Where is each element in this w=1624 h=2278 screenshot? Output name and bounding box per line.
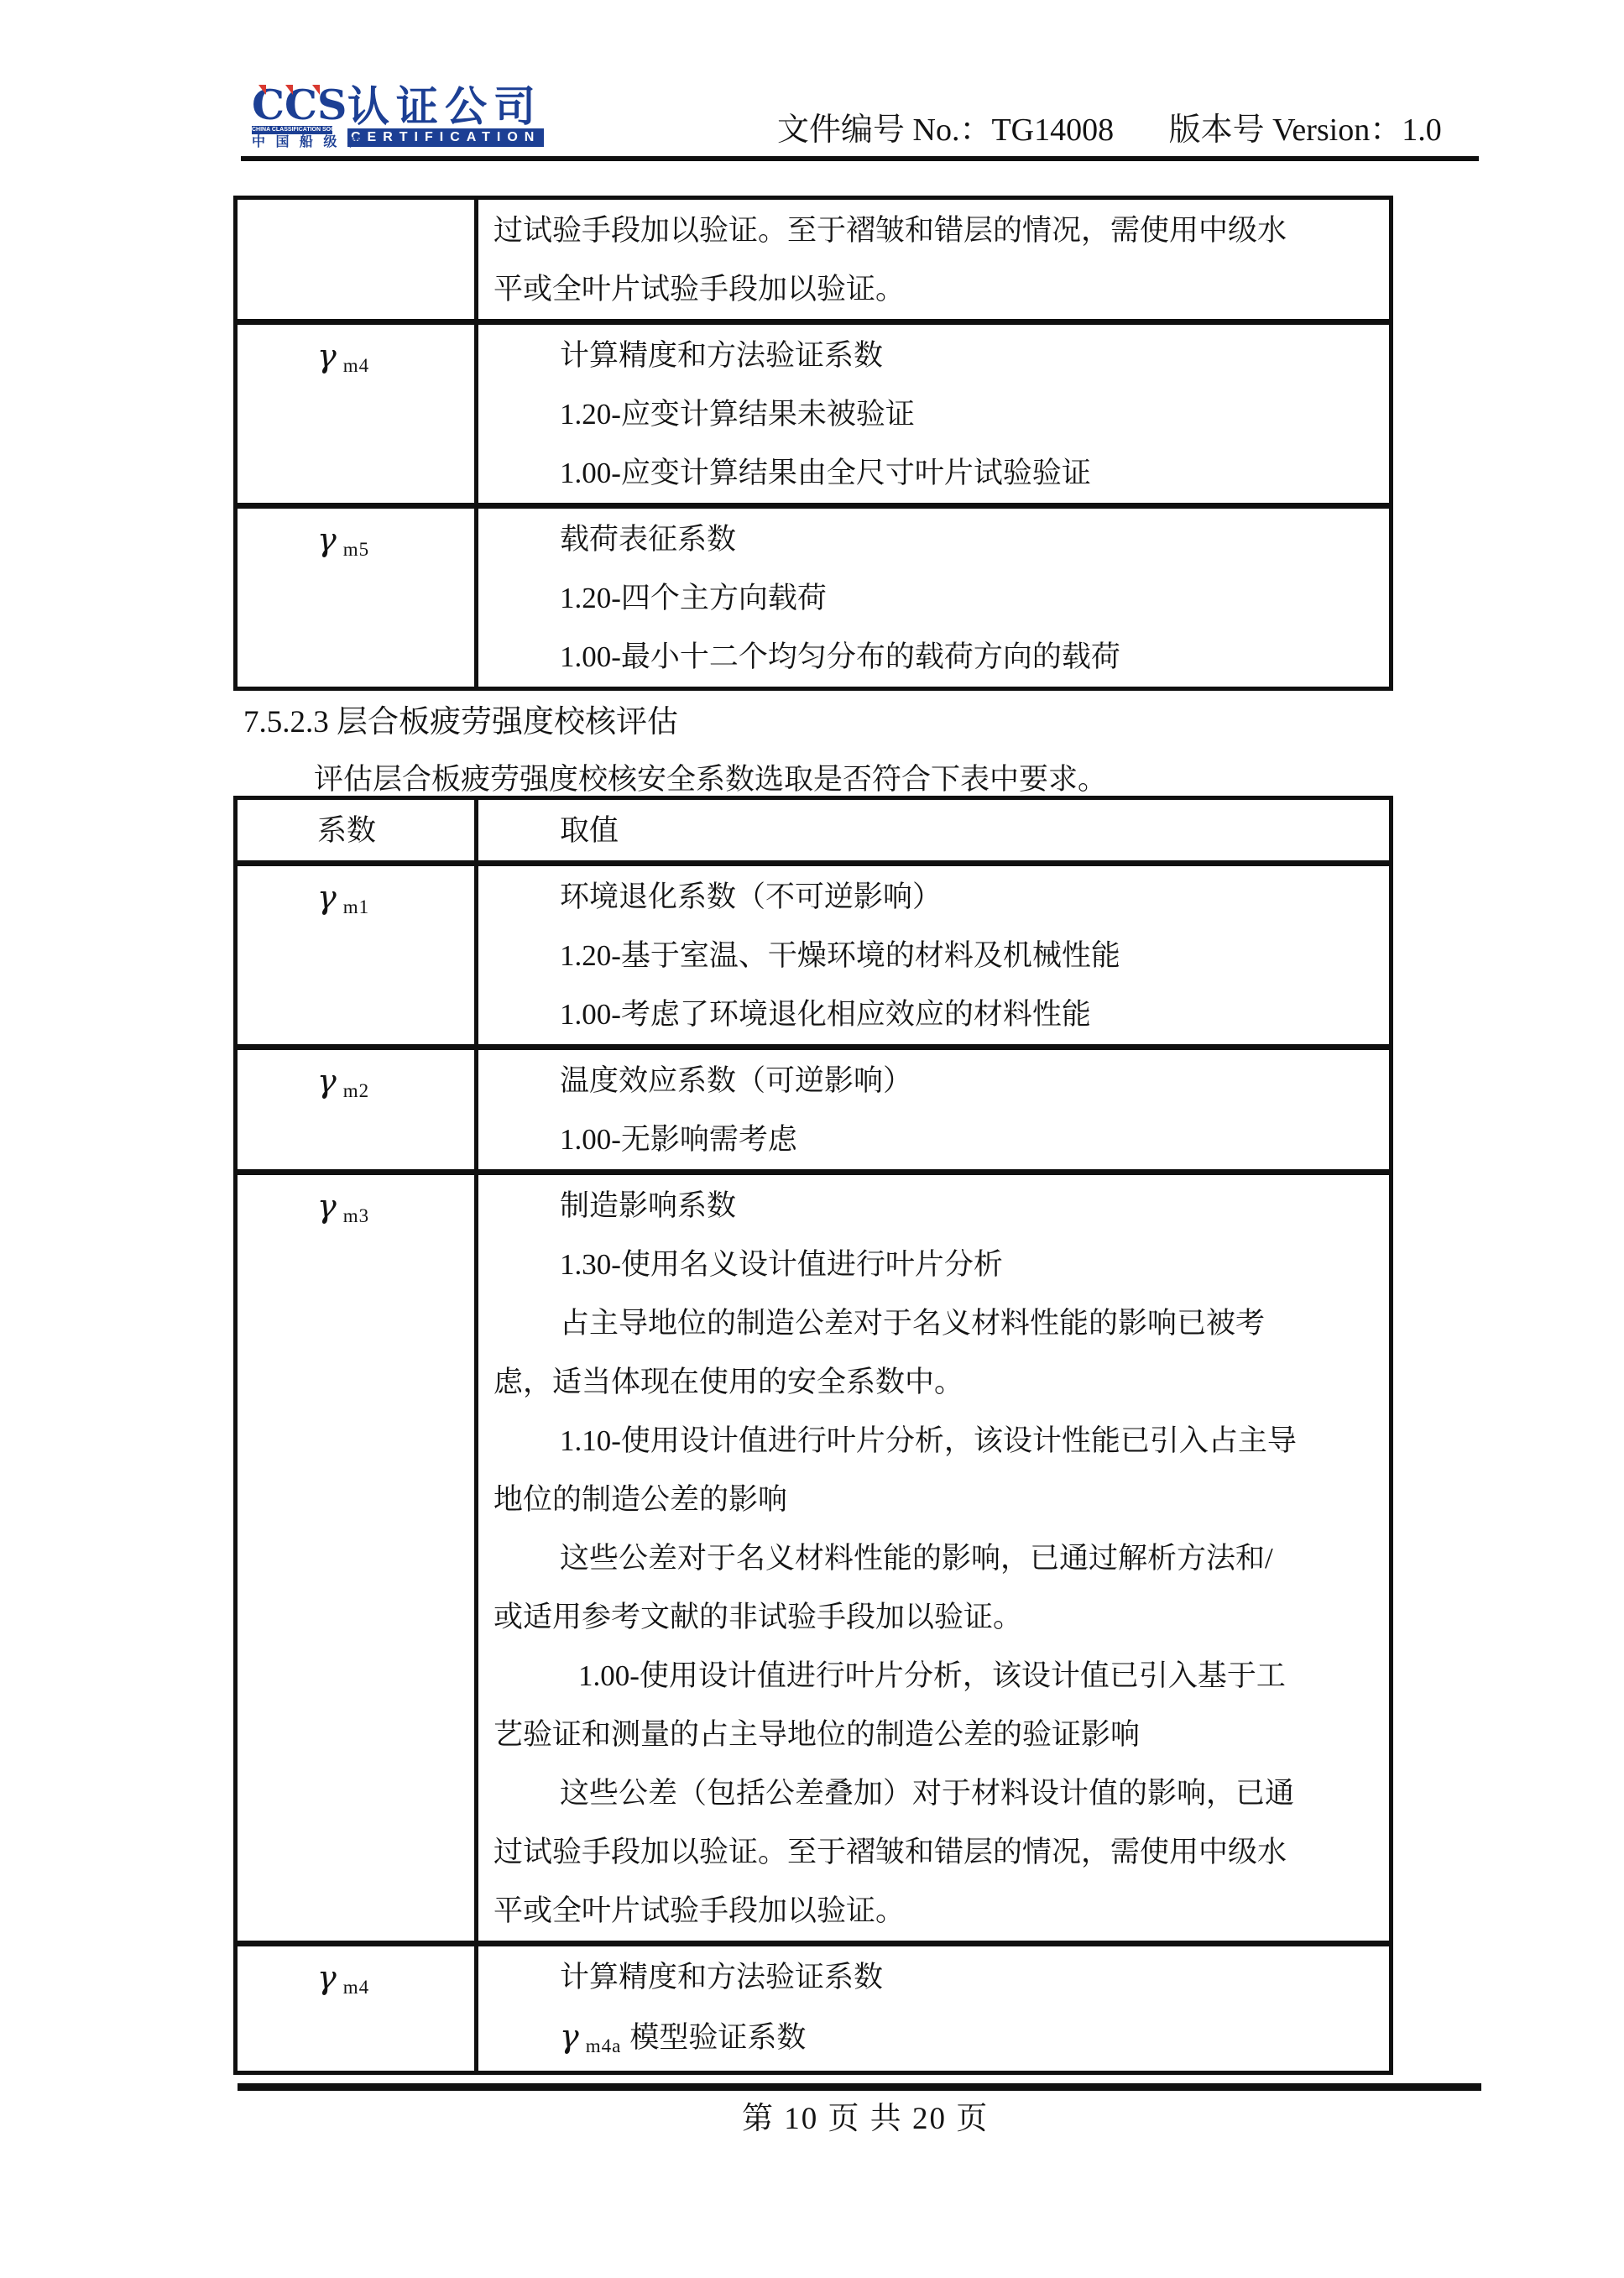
- coefficient-cell: γm4: [238, 1946, 478, 2071]
- gamma-symbol: γ: [317, 1063, 337, 1100]
- certification-en-label: CERTIFICATION: [347, 128, 544, 147]
- value-line: 这些公差对于名义材料性能的影响，已通过解析方法和/: [493, 1529, 1389, 1588]
- coefficient-label: γm4: [317, 327, 474, 390]
- value-line: 艺验证和测量的占主导地位的制造公差的验证影响: [493, 1706, 1389, 1764]
- ccs-logo-right: 认证公司 CERTIFICATION: [347, 86, 544, 147]
- value-line: 1.00-最小十二个均匀分布的载荷方向的载荷: [493, 628, 1389, 687]
- value-line: γm4a模型验证系数: [493, 2007, 1389, 2071]
- table-row: γm3制造影响系数1.30-使用名义设计值进行叶片分析占主导地位的制造公差对于名…: [238, 1169, 1389, 1941]
- footer-divider: [238, 2083, 1481, 2091]
- value-line: 载荷表征系数: [493, 510, 1389, 569]
- value-cell: 载荷表征系数1.20-四个主方向载荷1.00-最小十二个均匀分布的载荷方向的载荷: [478, 509, 1389, 687]
- gamma-subscript: m5: [343, 539, 369, 560]
- laminate-fatigue-safety-factor-table: 系数取值γm1环境退化系数（不可逆影响）1.20-基于室温、干燥环境的材料及机械…: [233, 796, 1393, 2075]
- value-line: 1.00-应变计算结果由全尺寸叶片试验验证: [493, 444, 1389, 503]
- certification-company-cn-label: 认证公司: [347, 86, 544, 128]
- table-row: γm4计算精度和方法验证系数γm4a模型验证系数: [238, 1941, 1389, 2071]
- coefficient-cell: γm4: [238, 325, 478, 503]
- value-cell: 过试验手段加以验证。至于褶皱和错层的情况，需使用中级水平或全叶片试验手段加以验证…: [478, 200, 1389, 319]
- value-line: 1.00-考虑了环境退化相应效应的材料性能: [493, 985, 1389, 1044]
- value-line: 1.00-使用设计值进行叶片分析，该设计值已引入基于工: [493, 1647, 1389, 1706]
- value-line: 这些公差（包括公差叠加）对于材料设计值的影响，已通: [493, 1764, 1389, 1823]
- value-line: 或适用参考文献的非试验手段加以验证。: [493, 1588, 1389, 1647]
- table-row: γm5载荷表征系数1.20-四个主方向载荷1.00-最小十二个均匀分布的载荷方向…: [238, 503, 1389, 687]
- value-line: 过试验手段加以验证。至于褶皱和错层的情况，需使用中级水: [493, 1823, 1389, 1882]
- gamma-subscript: m3: [343, 1205, 369, 1226]
- value-line: 平或全叶片试验手段加以验证。: [493, 260, 1389, 319]
- document-version: 版本号 Version：1.0: [1169, 112, 1442, 148]
- gamma-subscript: m4: [343, 1977, 369, 1998]
- value-line: 1.20-应变计算结果未被验证: [493, 385, 1389, 444]
- ccs-red-accent-icon: [285, 85, 293, 95]
- value-line: 地位的制造公差的影响: [493, 1471, 1389, 1529]
- laminate-static-safety-factor-table: 过试验手段加以验证。至于褶皱和错层的情况，需使用中级水平或全叶片试验手段加以验证…: [233, 196, 1393, 691]
- value-line: 计算精度和方法验证系数: [493, 1948, 1389, 2007]
- ccs-letters: CCS: [252, 81, 347, 129]
- gamma-subscript: m2: [343, 1080, 369, 1101]
- section-heading: 7.5.2.3 层合板疲劳强度校核评估: [243, 703, 678, 742]
- gamma-symbol: γ: [317, 337, 337, 374]
- coefficient-cell: γm2: [238, 1050, 478, 1169]
- ccs-logo-text: CCS: [252, 86, 336, 124]
- gamma-symbol: γ: [317, 1188, 337, 1225]
- gamma-subscript: m4a: [586, 2035, 622, 2056]
- value-line: 过试验手段加以验证。至于褶皱和错层的情况，需使用中级水: [493, 201, 1389, 260]
- coefficient-cell: γm3: [238, 1175, 478, 1941]
- document-page: { "header": { "logo": { "ccs": "CCS", "c…: [0, 0, 1624, 2278]
- table-row: γm1环境退化系数（不可逆影响）1.20-基于室温、干燥环境的材料及机械性能1.…: [238, 860, 1389, 1044]
- value-line: 温度效应系数（可逆影响）: [493, 1052, 1389, 1110]
- ccs-logo: CCS CHINA CLASSIFICATION SOCIETY 中 国 船 级…: [252, 86, 544, 150]
- value-cell: 计算精度和方法验证系数1.20-应变计算结果未被验证1.00-应变计算结果由全尺…: [478, 325, 1389, 503]
- table-row: γm2温度效应系数（可逆影响）1.00-无影响需考虑: [238, 1044, 1389, 1169]
- coefficient-cell: 系数: [238, 800, 478, 860]
- gamma-symbol: γ: [317, 1959, 337, 1996]
- coefficient-cell: γm5: [238, 509, 478, 687]
- value-cell: 制造影响系数1.30-使用名义设计值进行叶片分析占主导地位的制造公差对于名义材料…: [478, 1175, 1389, 1941]
- ccs-society-cn-label: 中 国 船 级 社: [252, 135, 336, 150]
- value-line: 环境退化系数（不可逆影响）: [493, 868, 1389, 927]
- ccs-red-accent-icon: [258, 85, 266, 95]
- page-number: 第 10 页 共 20 页: [742, 2100, 989, 2139]
- section-intro-paragraph: 评估层合板疲劳强度校核安全系数选取是否符合下表中要求。: [314, 760, 1107, 799]
- value-line: 1.10-使用设计值进行叶片分析，该设计性能已引入占主导: [493, 1412, 1389, 1471]
- value-line: 1.30-使用名义设计值进行叶片分析: [493, 1236, 1389, 1294]
- header-divider: [241, 156, 1479, 161]
- table-row: 过试验手段加以验证。至于褶皱和错层的情况，需使用中级水平或全叶片试验手段加以验证…: [238, 200, 1389, 319]
- value-line: 虑，适当体现在使用的安全系数中。: [493, 1353, 1389, 1412]
- coefficient-label: γm1: [317, 868, 474, 932]
- document-number: 文件编号 No.：TG14008: [777, 112, 1114, 148]
- table-row: γm4计算精度和方法验证系数1.20-应变计算结果未被验证1.00-应变计算结果…: [238, 319, 1389, 503]
- gamma-symbol: γ: [317, 521, 337, 558]
- table-row: 系数取值: [238, 800, 1389, 860]
- value-cell: 计算精度和方法验证系数γm4a模型验证系数: [478, 1946, 1389, 2071]
- document-meta: 文件编号 No.：TG14008 版本号 Version：1.0: [777, 112, 1442, 149]
- ccs-red-accent-icon: [312, 85, 320, 95]
- coefficient-label: γm2: [317, 1052, 474, 1115]
- value-line: 1.20-基于室温、干燥环境的材料及机械性能: [493, 927, 1389, 985]
- gamma-subscript: m1: [343, 896, 369, 917]
- value-line: 1.00-无影响需考虑: [493, 1110, 1389, 1169]
- coefficient-label: γm4: [317, 1948, 474, 2012]
- value-cell: 环境退化系数（不可逆影响）1.20-基于室温、干燥环境的材料及机械性能1.00-…: [478, 866, 1389, 1044]
- value-line: 计算精度和方法验证系数: [493, 327, 1389, 385]
- value-line: 制造影响系数: [493, 1177, 1389, 1236]
- coefficient-cell: γm1: [238, 866, 478, 1044]
- value-line: 1.20-四个主方向载荷: [493, 569, 1389, 628]
- coefficient-label: 系数: [317, 802, 474, 860]
- ccs-logo-left: CCS CHINA CLASSIFICATION SOCIETY 中 国 船 级…: [252, 86, 336, 150]
- coefficient-label: γm5: [317, 510, 474, 574]
- value-line: 平或全叶片试验手段加以验证。: [493, 1882, 1389, 1941]
- value-line: 占主导地位的制造公差对于名义材料性能的影响已被考: [493, 1294, 1389, 1353]
- gamma-symbol: γ: [560, 2018, 579, 2055]
- gamma-symbol: γ: [317, 879, 337, 916]
- gamma-subscript: m4: [343, 355, 369, 376]
- coefficient-label: γm3: [317, 1177, 474, 1241]
- value-cell: 取值: [478, 800, 1389, 860]
- value-cell: 温度效应系数（可逆影响）1.00-无影响需考虑: [478, 1050, 1389, 1169]
- value-line: 取值: [493, 802, 1389, 860]
- coefficient-cell: [238, 200, 478, 319]
